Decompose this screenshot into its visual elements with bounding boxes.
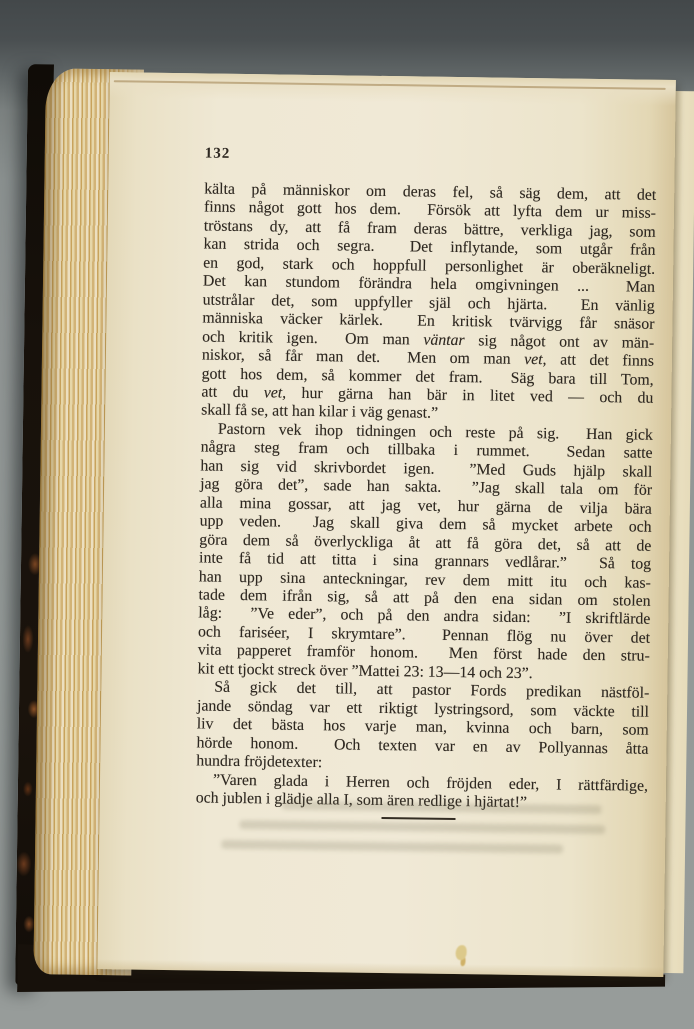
book-page: 132 kälta på människor om deras fel, så … bbox=[97, 72, 675, 977]
open-book: 132 kälta på människor om deras fel, så … bbox=[15, 64, 694, 1001]
page-top-edge bbox=[114, 80, 666, 90]
photo-background: 132 kälta på människor om deras fel, så … bbox=[0, 0, 694, 1029]
bleed-through-text bbox=[221, 840, 563, 854]
paper-stain bbox=[456, 945, 467, 960]
body-text: kälta på människor om deras fel, så säg … bbox=[196, 180, 657, 814]
bleed-through-text bbox=[239, 820, 605, 834]
section-divider bbox=[381, 817, 455, 820]
page-number: 132 bbox=[205, 145, 231, 162]
